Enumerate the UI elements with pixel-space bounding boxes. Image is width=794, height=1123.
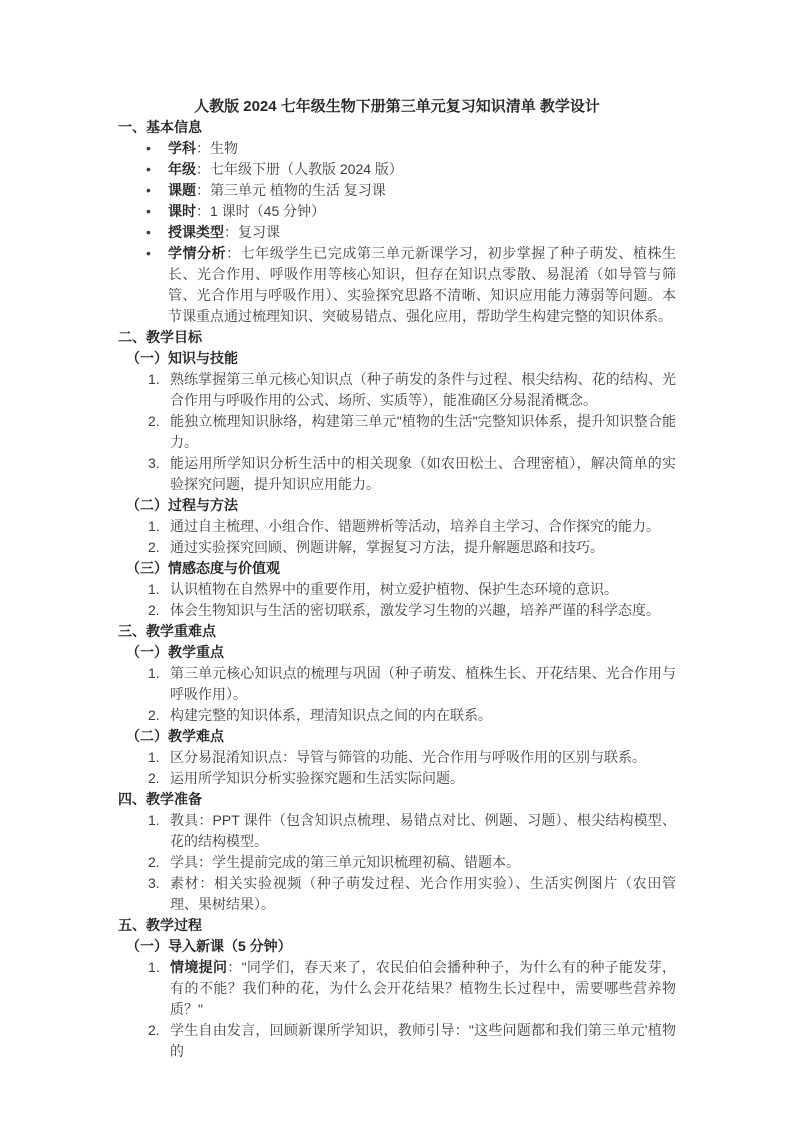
list-item-text: ：第三单元 植物的生活 复习课 bbox=[196, 182, 386, 198]
list-item: 2. 学具：学生提前完成的第三单元知识梳理初稿、错题本。 bbox=[118, 852, 676, 873]
list-item-number: 1. bbox=[148, 579, 160, 600]
subsection-heading-lesson-intro: （一）导入新课（5 分钟） bbox=[126, 936, 676, 957]
list-item-label: 学科 bbox=[168, 140, 196, 156]
list-item: 1. 教具：PPT 课件（包含知识点梳理、易错点对比、例题、习题）、根尖结构模型… bbox=[118, 810, 676, 852]
list-item: • 学科：生物 bbox=[118, 138, 676, 159]
list-item-text: ：生物 bbox=[196, 140, 238, 156]
section-heading-teaching-preparation: 四、教学准备 bbox=[118, 789, 676, 810]
doc-title: 人教版 2024 七年级生物下册第三单元复习知识清单 教学设计 bbox=[118, 96, 676, 117]
list-item-text: 学具：学生提前完成的第三单元知识梳理初稿、错题本。 bbox=[170, 854, 520, 870]
subsection-heading-key-points: （一）教学重点 bbox=[126, 642, 676, 663]
subsection-heading-process-methods: （二）过程与方法 bbox=[126, 495, 676, 516]
list-item-text: 教具：PPT 课件（包含知识点梳理、易错点对比、例题、习题）、根尖结构模型、花的… bbox=[170, 812, 676, 849]
list-item-text: 能独立梳理知识脉络，构建第三单元"植物的生活"完整知识体系，提升知识整合能力。 bbox=[170, 413, 676, 450]
list-item: • 年级：七年级下册（人教版 2024 版） bbox=[118, 159, 676, 180]
list-item-text: 构建完整的知识体系，理清知识点之间的内在联系。 bbox=[170, 707, 492, 723]
list-item: • 授课类型：复习课 bbox=[118, 222, 676, 243]
list-item-text: 第三单元核心知识点的梳理与巩固（种子萌发、植株生长、开花结果、光合作用与呼吸作用… bbox=[170, 665, 676, 702]
list-item: 1. 第三单元核心知识点的梳理与巩固（种子萌发、植株生长、开花结果、光合作用与呼… bbox=[118, 663, 676, 705]
list-item-text: 通过实验探究回顾、例题讲解，掌握复习方法，提升解题思路和技巧。 bbox=[170, 539, 604, 555]
list-item-label: 学情分析 bbox=[168, 245, 226, 261]
list-item-label: 年级 bbox=[168, 161, 196, 177]
document-page: 人教版 2024 七年级生物下册第三单元复习知识清单 教学设计 一、基本信息 •… bbox=[0, 0, 794, 1123]
list-item-text: 熟练掌握第三单元核心知识点（种子萌发的条件与过程、根尖结构、花的结构、光合作用与… bbox=[170, 371, 676, 408]
list-item: 2. 构建完整的知识体系，理清知识点之间的内在联系。 bbox=[118, 705, 676, 726]
section-heading-teaching-goals: 二、教学目标 bbox=[118, 327, 676, 348]
list-item-text: 区分易混淆知识点：导管与筛管的功能、光合作用与呼吸作用的区别与联系。 bbox=[170, 749, 646, 765]
list-item-text: ：七年级学生已完成第三单元新课学习，初步掌握了种子萌发、植株生长、光合作用、呼吸… bbox=[168, 245, 676, 324]
list-item-number: 2. bbox=[148, 600, 160, 621]
bullet-icon: • bbox=[146, 222, 151, 243]
list-item-text: 通过自主梳理、小组合作、错题辨析等活动，培养自主学习、合作探究的能力。 bbox=[170, 518, 660, 534]
list-item: 1. 熟练掌握第三单元核心知识点（种子萌发的条件与过程、根尖结构、花的结构、光合… bbox=[118, 369, 676, 411]
list-item-text: 认识植物在自然界中的重要作用，树立爱护植物、保护生态环境的意识。 bbox=[170, 581, 618, 597]
list-item-text: 体会生物知识与生活的密切联系，激发学习生物的兴趣，培养严谨的科学态度。 bbox=[170, 602, 660, 618]
section-heading-key-difficult-points: 三、教学重难点 bbox=[118, 621, 676, 642]
list-item-label: 课时 bbox=[168, 203, 196, 219]
subsection-heading-emotion-values: （三）情感态度与价值观 bbox=[126, 558, 676, 579]
list-item-number: 1. bbox=[148, 369, 160, 390]
list-item-number: 2. bbox=[148, 537, 160, 558]
subsection-heading-difficult-points: （二）教学难点 bbox=[126, 726, 676, 747]
list-item: 1. 认识植物在自然界中的重要作用，树立爱护植物、保护生态环境的意识。 bbox=[118, 579, 676, 600]
list-item-text: ：七年级下册（人教版 2024 版） bbox=[196, 161, 403, 177]
list-item: 2. 体会生物知识与生活的密切联系，激发学习生物的兴趣，培养严谨的科学态度。 bbox=[118, 600, 676, 621]
list-item-number: 1. bbox=[148, 516, 160, 537]
list-item: 2. 学生自由发言，回顾新课所学知识，教师引导："这些问题都和我们第三单元'植物… bbox=[118, 1020, 676, 1062]
section-heading-basic-info: 一、基本信息 bbox=[118, 117, 676, 138]
list-item: 1. 情境提问："同学们，春天来了，农民伯伯会播种种子，为什么有的种子能发芽，有… bbox=[118, 957, 676, 1020]
list-item-text: 能运用所学知识分析生活中的相关现象（如农田松土、合理密植），解决简单的实验探究问… bbox=[170, 455, 676, 492]
list-item-label: 情境提问 bbox=[170, 959, 227, 975]
list-item-text: ：复习课 bbox=[224, 224, 280, 240]
list-item-number: 1. bbox=[148, 957, 160, 978]
list-item-text: 运用所学知识分析实验探究题和生活实际问题。 bbox=[170, 770, 464, 786]
bullet-icon: • bbox=[146, 201, 151, 222]
list-item-number: 2. bbox=[148, 705, 160, 726]
list-item-number: 2. bbox=[148, 411, 160, 432]
list-item-number: 1. bbox=[148, 810, 160, 831]
list-item-number: 2. bbox=[148, 768, 160, 789]
list-item-text: ：1 课时（45 分钟） bbox=[196, 203, 325, 219]
bullet-icon: • bbox=[146, 138, 151, 159]
list-item-text: 素材：相关实验视频（种子萌发过程、光合作用实验）、生活实例图片（农田管理、果树结… bbox=[170, 875, 676, 912]
list-item: 1. 通过自主梳理、小组合作、错题辨析等活动，培养自主学习、合作探究的能力。 bbox=[118, 516, 676, 537]
list-item: • 学情分析：七年级学生已完成第三单元新课学习，初步掌握了种子萌发、植株生长、光… bbox=[118, 243, 676, 327]
list-item: 3. 能运用所学知识分析生活中的相关现象（如农田松土、合理密植），解决简单的实验… bbox=[118, 453, 676, 495]
list-item-text: 学生自由发言，回顾新课所学知识，教师引导："这些问题都和我们第三单元'植物的 bbox=[170, 1022, 676, 1059]
list-item-label: 授课类型 bbox=[168, 224, 224, 240]
list-item: • 课题：第三单元 植物的生活 复习课 bbox=[118, 180, 676, 201]
list-item: 2. 通过实验探究回顾、例题讲解，掌握复习方法，提升解题思路和技巧。 bbox=[118, 537, 676, 558]
list-item-number: 1. bbox=[148, 747, 160, 768]
bullet-icon: • bbox=[146, 180, 151, 201]
list-item-number: 1. bbox=[148, 663, 160, 684]
subsection-heading-knowledge-skills: （一）知识与技能 bbox=[126, 348, 676, 369]
list-item-label: 课题 bbox=[168, 182, 196, 198]
list-item-number: 2. bbox=[148, 1020, 160, 1041]
section-heading-teaching-process: 五、教学过程 bbox=[118, 915, 676, 936]
list-item: 2. 能独立梳理知识脉络，构建第三单元"植物的生活"完整知识体系，提升知识整合能… bbox=[118, 411, 676, 453]
list-item: • 课时：1 课时（45 分钟） bbox=[118, 201, 676, 222]
list-item-number: 2. bbox=[148, 852, 160, 873]
list-item: 3. 素材：相关实验视频（种子萌发过程、光合作用实验）、生活实例图片（农田管理、… bbox=[118, 873, 676, 915]
bullet-icon: • bbox=[146, 243, 151, 264]
list-item: 2. 运用所学知识分析实验探究题和生活实际问题。 bbox=[118, 768, 676, 789]
list-item-text: ："同学们，春天来了，农民伯伯会播种种子，为什么有的种子能发芽，有的不能？我们种… bbox=[170, 959, 676, 1017]
list-item: 1. 区分易混淆知识点：导管与筛管的功能、光合作用与呼吸作用的区别与联系。 bbox=[118, 747, 676, 768]
list-item-number: 3. bbox=[148, 873, 160, 894]
bullet-icon: • bbox=[146, 159, 151, 180]
list-item-number: 3. bbox=[148, 453, 160, 474]
